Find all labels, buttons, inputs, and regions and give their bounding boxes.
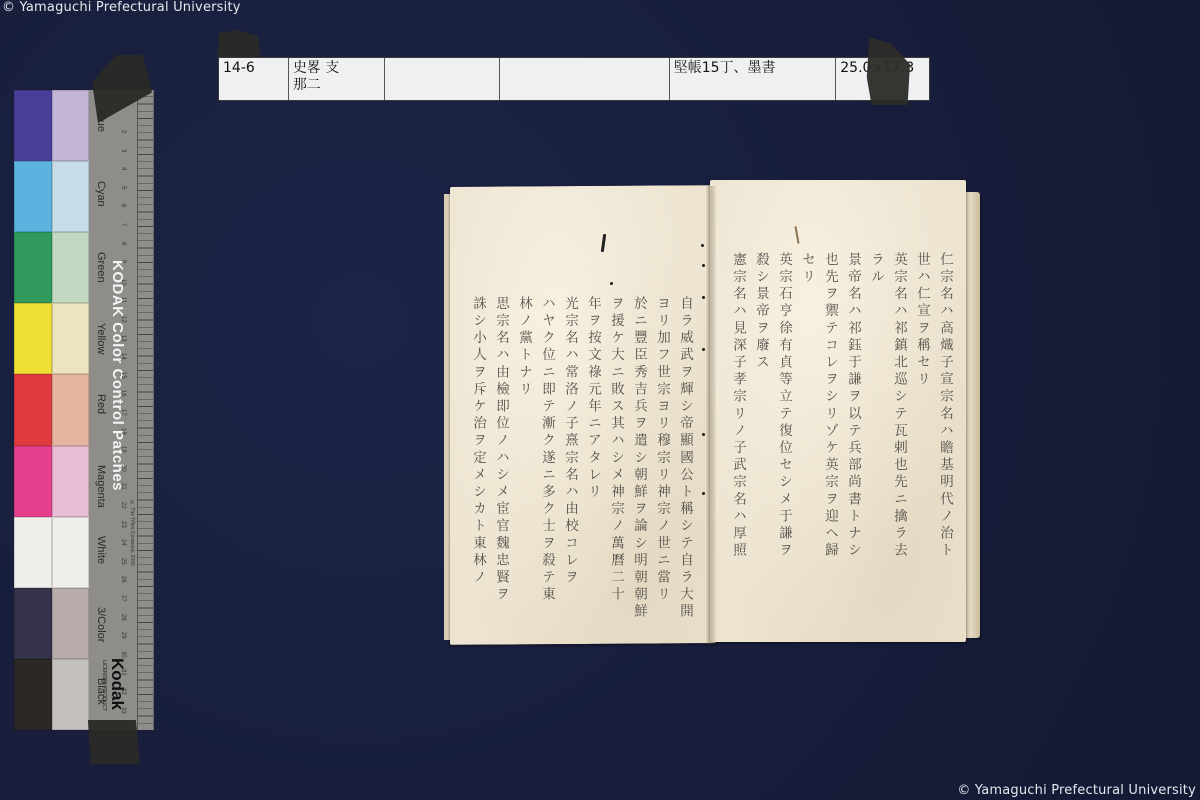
patch-row-cyan bbox=[14, 161, 89, 232]
patch-row-yellow bbox=[14, 303, 89, 374]
ruler-cm-tick: 27 bbox=[120, 595, 126, 602]
ruler-cm-tick: 11 bbox=[120, 297, 126, 303]
ruler-cm-tick: 3 bbox=[120, 149, 126, 152]
text-column: 也先ヲ禦テコレヲシリゾケ英宗ヲ迎ヘ歸 bbox=[821, 252, 839, 602]
text-column: 景帝名ハ祁鈺于謙ヲ以テ兵部尚書トナシ bbox=[844, 252, 862, 602]
patch-light bbox=[52, 303, 90, 374]
text-column: 誅シ小人ヲ斥ケ治ヲ定メシカト東林ノ bbox=[469, 296, 487, 616]
patch-row-magenta bbox=[14, 446, 89, 517]
patch-row-3-color bbox=[14, 588, 89, 659]
patch-row-red bbox=[14, 374, 89, 445]
patch-row-blue bbox=[14, 90, 89, 161]
catalog-blank-1 bbox=[385, 58, 501, 100]
patch-label: Cyan bbox=[95, 181, 107, 207]
ruler-cm-tick: 14 bbox=[120, 353, 126, 360]
patch-row-white bbox=[14, 517, 89, 588]
ruler-scale-ticks bbox=[137, 90, 153, 730]
catalog-title-line1: 史畧 支 bbox=[293, 60, 380, 77]
patch-dark bbox=[14, 588, 52, 659]
patch-dark bbox=[14, 374, 52, 445]
ruler-cm-tick: 10 bbox=[120, 279, 126, 286]
patch-dark bbox=[14, 303, 52, 374]
right-page-text: 仁宗名ハ高熾子宣宗名ハ瞻基明代ノ治ト世ハ仁宣ヲ稱セリ英宗名ハ祁鎮北巡シテ瓦剌也先… bbox=[734, 252, 954, 602]
ruler-cm-tick: 9 bbox=[120, 260, 126, 263]
left-page-text: 自ラ威武ヲ輝シ帝顯國公ト稱シテ自ラ大開ヨリ加フ世宗ヨリ穆宗リ神宗ノ世ニ當リ於ニ豐… bbox=[464, 296, 694, 616]
ruler-strip: KODAK Color Control Patches © The Tiffen… bbox=[89, 90, 154, 730]
ruler-cm-tick: 30 bbox=[120, 651, 126, 658]
ruler-cm-tick: 24 bbox=[120, 539, 126, 546]
wormhole bbox=[702, 296, 705, 299]
text-column: ハヤク位ニ即テ漸ク遂ニ多ク士ヲ殺テ東 bbox=[538, 296, 556, 616]
text-column: 憲宗名ハ見深子孝宗リノ子武宗名ハ厚照 bbox=[729, 252, 747, 602]
catalog-blank-2 bbox=[500, 58, 670, 100]
ruler-cm-tick: 26 bbox=[120, 576, 126, 583]
text-column: ヲ援ケ大ニ敗ス其ハシメ神宗ノ萬曆二十 bbox=[607, 296, 625, 616]
text-column: 英宗名ハ祁鎮北巡シテ瓦剌也先ニ擒ラ去 bbox=[890, 252, 908, 602]
text-column: 殺シ景帝ヲ廢ス bbox=[752, 252, 770, 602]
ruler-cm-tick: 29 bbox=[120, 632, 126, 639]
wormhole bbox=[702, 348, 705, 351]
patch-dark bbox=[14, 446, 52, 517]
copyright-watermark-top: © Yamaguchi Prefectural University bbox=[2, 0, 241, 15]
copyright-watermark-bottom: © Yamaguchi Prefectural University bbox=[957, 783, 1196, 798]
ruler-cm-tick: 33 bbox=[120, 707, 126, 714]
ruler-cm-tick: 16 bbox=[120, 390, 126, 397]
color-patches bbox=[14, 90, 89, 730]
patch-light bbox=[52, 588, 90, 659]
patch-label: Red bbox=[95, 394, 107, 414]
patch-light bbox=[52, 232, 90, 303]
ruler-cm-tick: 22 bbox=[120, 502, 126, 509]
ruler-cm-tick: 13 bbox=[120, 335, 126, 342]
patch-label: Green bbox=[95, 252, 107, 283]
ruler-cm-tick: 15 bbox=[120, 372, 126, 379]
ruler-cm-tick: 7 bbox=[120, 223, 126, 226]
text-column: セリ bbox=[798, 252, 816, 602]
patch-label: Black bbox=[95, 678, 107, 705]
patch-label: Yellow bbox=[95, 323, 107, 354]
catalog-id: 14-6 bbox=[219, 58, 289, 100]
ruler-cm-tick: 20 bbox=[120, 465, 126, 472]
ruler-cm-tick: 25 bbox=[120, 558, 126, 565]
wormhole bbox=[702, 492, 705, 495]
ruler-cm-tick: 32 bbox=[120, 688, 126, 695]
ruler-cm-tick: 19 bbox=[120, 446, 126, 453]
patch-row-green bbox=[14, 232, 89, 303]
ruler-cm-tick: 2 bbox=[120, 130, 126, 133]
text-column: 於ニ豐臣秀吉兵ヲ遣シ朝鮮ヲ論シ明朝朝鮮 bbox=[630, 296, 648, 616]
ruler-cm-tick: 4 bbox=[120, 167, 126, 170]
catalog-title: 史畧 支 那二 bbox=[289, 58, 385, 100]
ruler-cm-tick: 23 bbox=[120, 521, 126, 528]
ruler-cm-tick: 8 bbox=[120, 242, 126, 245]
ruler-cm-tick: 5 bbox=[120, 186, 126, 189]
ruler-cm-tick: 21 bbox=[120, 483, 126, 490]
patch-label: White bbox=[95, 536, 107, 564]
text-column: ラル bbox=[867, 252, 885, 602]
tape-label-left bbox=[215, 30, 263, 60]
kodak-logo: Kodak bbox=[107, 658, 127, 710]
text-column: 自ラ威武ヲ輝シ帝顯國公ト稱シテ自ラ大開 bbox=[676, 296, 694, 616]
ruler-cm-tick: 28 bbox=[120, 614, 126, 621]
ruler-cm-tick: 12 bbox=[120, 316, 126, 323]
book-gutter bbox=[706, 186, 716, 644]
text-column: ヨリ加フ世宗ヨリ穆宗リ神宗ノ世ニ當リ bbox=[653, 296, 671, 616]
patch-light bbox=[52, 161, 90, 232]
text-column: 林ノ黨トナリ bbox=[515, 296, 533, 616]
text-column: 世ハ仁宣ヲ稱セリ bbox=[913, 252, 931, 602]
wormhole bbox=[610, 282, 613, 285]
tape-chart-bottom bbox=[88, 720, 140, 764]
wormhole bbox=[702, 433, 705, 436]
patch-light bbox=[52, 517, 90, 588]
patch-light bbox=[52, 374, 90, 445]
patch-dark bbox=[14, 517, 52, 588]
catalog-format: 堅帳15丁、墨書 bbox=[670, 58, 837, 100]
ruler-cm-tick: 6 bbox=[120, 204, 126, 207]
patch-dark bbox=[14, 90, 52, 161]
patch-light bbox=[52, 659, 90, 730]
text-column: 年ヲ按文祿元年ニアタレリ bbox=[584, 296, 602, 616]
text-column: 思宗名ハ由檢即位ノハシメ宦官魏忠賢ヲ bbox=[492, 296, 510, 616]
open-manuscript-book: 自ラ威武ヲ輝シ帝顯國公ト稱シテ自ラ大開ヨリ加フ世宗ヨリ穆宗リ神宗ノ世ニ當リ於ニ豐… bbox=[444, 168, 984, 646]
patch-light bbox=[52, 446, 90, 517]
text-column: 英宗石亨徐有貞等立テ復位セシメ于謙ヲ bbox=[775, 252, 793, 602]
patch-dark bbox=[14, 161, 52, 232]
catalog-label: 14-6 史畧 支 那二 堅帳15丁、墨書 25.0×17.3 bbox=[218, 57, 930, 101]
wormhole bbox=[701, 244, 704, 247]
wormhole bbox=[702, 264, 705, 267]
text-column: 光宗名ハ常洛ノ子熹宗名ハ由校コレヲ bbox=[561, 296, 579, 616]
catalog-title-line2: 那二 bbox=[293, 77, 380, 94]
patch-dark bbox=[14, 232, 52, 303]
patch-label: 3/Color bbox=[95, 607, 107, 642]
kodak-color-chart: KODAK Color Control Patches © The Tiffen… bbox=[14, 90, 154, 730]
patch-light bbox=[52, 90, 90, 161]
ruler-cm-tick: 18 bbox=[120, 428, 126, 435]
patch-dark bbox=[14, 659, 52, 730]
text-column: 仁宗名ハ高熾子宣宗名ハ瞻基明代ノ治ト bbox=[936, 252, 954, 602]
ruler-cm-tick: 31 bbox=[120, 669, 126, 676]
patch-row-black bbox=[14, 659, 89, 730]
patch-label: Magenta bbox=[95, 465, 107, 508]
chart-copyright: © The Tiffen Company, 2000 bbox=[129, 500, 135, 566]
ruler-cm-tick: 17 bbox=[120, 409, 126, 416]
